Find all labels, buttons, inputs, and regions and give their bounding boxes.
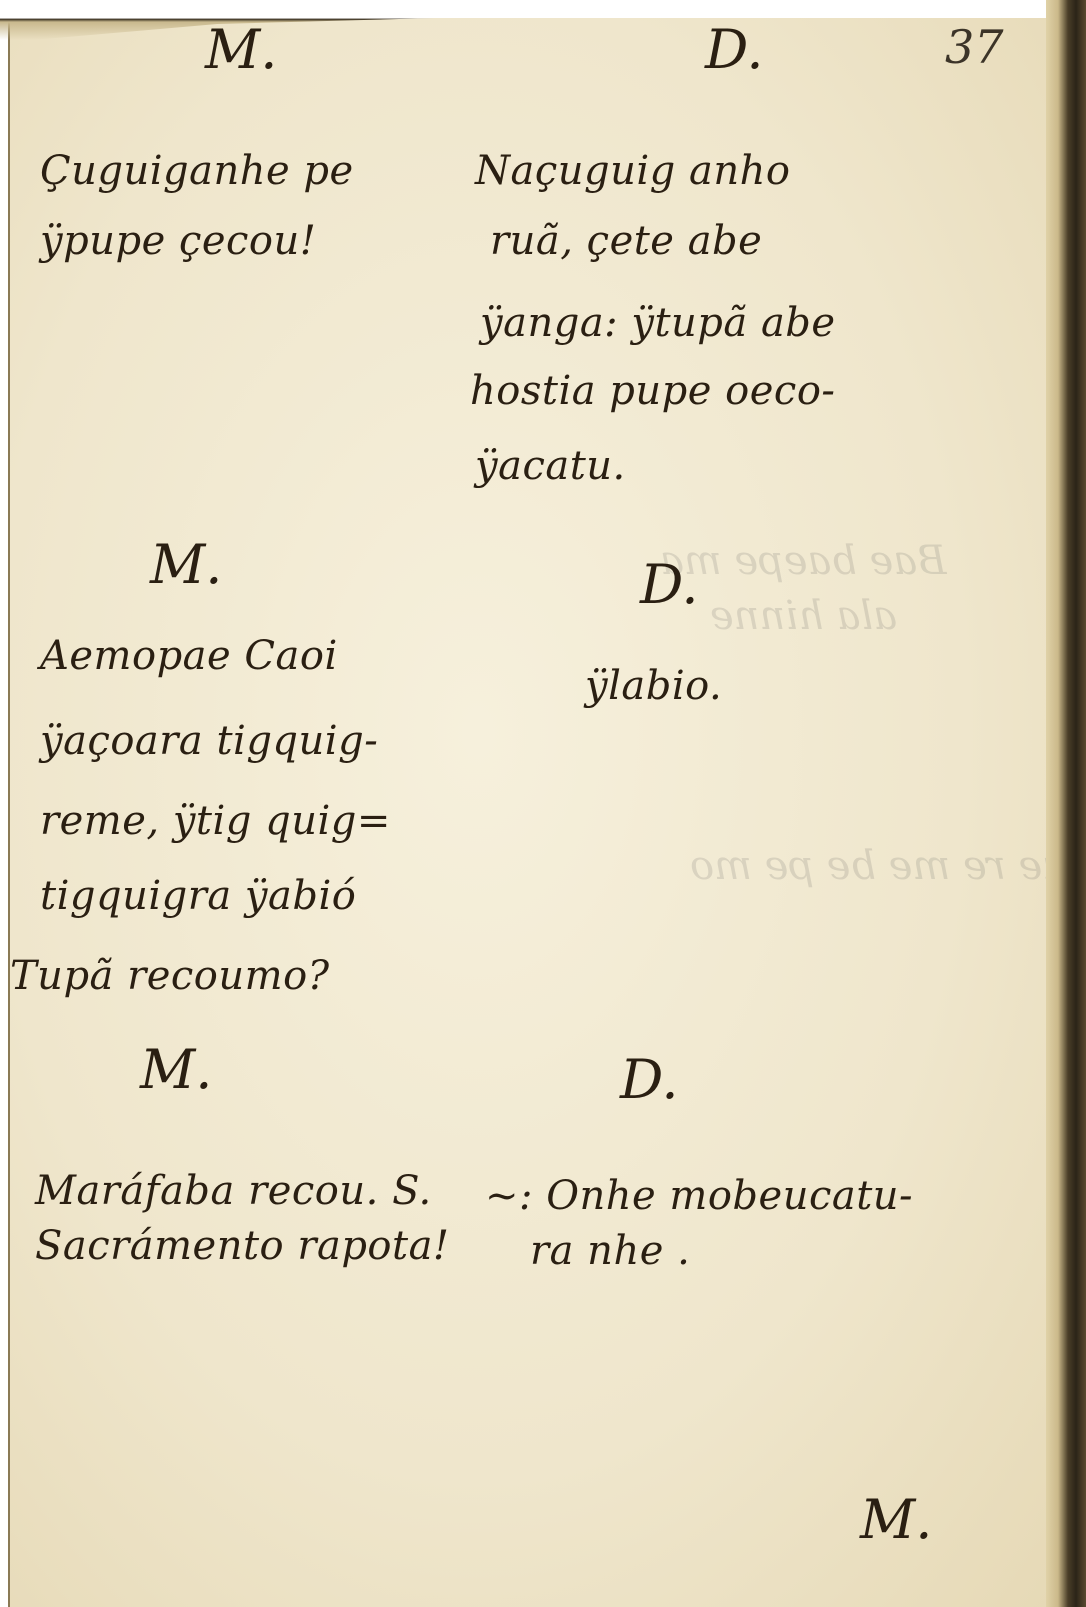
dialogue-line: ÿpupe çecou! xyxy=(40,218,316,264)
bleed-through-text: ala hinne xyxy=(710,593,897,639)
dialogue-line: ra nhe . xyxy=(530,1228,690,1274)
dialogue-line: ÿaçoara tigquig- xyxy=(40,718,378,764)
dialogue-line: hostia pupe oeco- xyxy=(470,368,835,414)
dialogue-line: ruã, çete abe xyxy=(490,218,762,264)
manuscript-page: Bae baepe ma ala hinne Bae re me be pe m… xyxy=(8,18,1050,1607)
dialogue-line: ÿlabio. xyxy=(585,663,722,709)
dialogue-line: Tupã recoumo? xyxy=(10,953,330,999)
book-spine-edge xyxy=(1046,0,1086,1607)
speaker-label-d: D. xyxy=(640,553,699,616)
speaker-label-d: D. xyxy=(620,1048,679,1111)
dialogue-line: Aemopae Caoi xyxy=(40,633,338,679)
bleed-through-text: Bae re me be pe mo xyxy=(690,843,1086,889)
dialogue-line: ÿacatu. xyxy=(475,443,626,489)
dialogue-line: tigquigra ÿabió xyxy=(40,873,356,919)
speaker-label-m: M. xyxy=(860,1488,932,1551)
speaker-label-m: M. xyxy=(205,18,277,81)
bleed-through-text: Bae baepe ma xyxy=(660,538,947,584)
speaker-label-d: D. xyxy=(705,18,764,81)
folio-number: 37 xyxy=(945,20,1004,74)
dialogue-line: Sacrámento rapota! xyxy=(35,1223,450,1269)
speaker-label-m: M. xyxy=(150,533,222,596)
dialogue-line: ÿanga: ÿtupã abe xyxy=(480,300,836,346)
dialogue-line: Naçuguig anho xyxy=(475,148,790,194)
speaker-label-m: M. xyxy=(140,1038,212,1101)
dialogue-line: Çuguiganhe pe xyxy=(40,148,354,194)
dialogue-line: ~: Onhe mobeucatu- xyxy=(485,1173,913,1219)
dialogue-line: Maráfaba recou. S. xyxy=(35,1168,432,1214)
dialogue-line: reme, ÿtig quig= xyxy=(40,798,391,844)
